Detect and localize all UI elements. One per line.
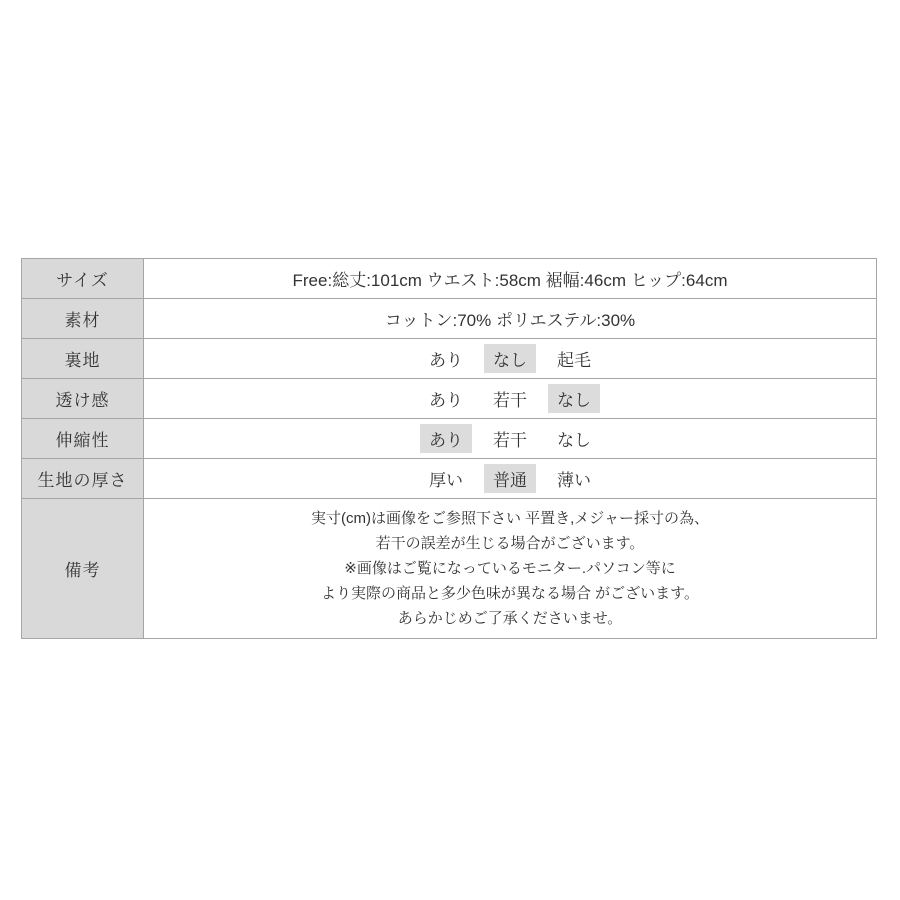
table-row: 生地の厚さ厚い普通薄い (22, 458, 876, 498)
option: あり (420, 344, 472, 373)
remarks-line: より実際の商品と多少色味が異なる場合 がございます。 (321, 581, 699, 606)
page: サイズFree:総丈:101cm ウエスト:58cm 裾幅:46cm ヒップ:6… (0, 0, 900, 900)
remarks-text-block: 実寸(cm)は画像をご参照下さい 平置き,メジャー採寸の為、若干の誤差が生じる場… (144, 506, 876, 631)
option: 薄い (548, 464, 600, 493)
row-header-label: 裏地 (22, 339, 144, 378)
row-value-cell: 厚い普通薄い (144, 459, 876, 498)
table-row: サイズFree:総丈:101cm ウエスト:58cm 裾幅:46cm ヒップ:6… (22, 259, 876, 298)
table-row: 裏地ありなし起毛 (22, 338, 876, 378)
option: 厚い (420, 464, 472, 493)
remarks-line: あらかじめご了承くださいませ。 (398, 606, 623, 631)
option: 若干 (484, 384, 536, 413)
table-row: 素材コットン:70% ポリエステル:30% (22, 298, 876, 338)
option-group: あり若干なし (420, 384, 600, 413)
remarks-line: ※画像はご覧になっているモニター.パソコン等に (344, 556, 675, 581)
option: あり (420, 384, 472, 413)
option-group: あり若干なし (420, 424, 600, 453)
row-header-label: 生地の厚さ (22, 459, 144, 498)
option-group: ありなし起毛 (420, 344, 600, 373)
spec-value-text: コットン:70% ポリエステル:30% (385, 306, 635, 331)
option: 若干 (484, 424, 536, 453)
row-header-label: 備考 (22, 499, 144, 638)
remarks-line: 若干の誤差が生じる場合がございます。 (376, 531, 645, 556)
option: 起毛 (548, 344, 600, 373)
row-header-label: 伸縮性 (22, 419, 144, 458)
option-selected: なし (484, 344, 536, 373)
row-header-label: サイズ (22, 259, 144, 298)
product-spec-table: サイズFree:総丈:101cm ウエスト:58cm 裾幅:46cm ヒップ:6… (21, 258, 877, 639)
row-header-label: 素材 (22, 299, 144, 338)
option-selected: なし (548, 384, 600, 413)
row-value-cell: あり若干なし (144, 419, 876, 458)
row-value-cell: 実寸(cm)は画像をご参照下さい 平置き,メジャー採寸の為、若干の誤差が生じる場… (144, 499, 876, 638)
row-value-cell: Free:総丈:101cm ウエスト:58cm 裾幅:46cm ヒップ:64cm (144, 259, 876, 298)
table-row: 透け感あり若干なし (22, 378, 876, 418)
option: なし (548, 424, 600, 453)
row-header-label: 透け感 (22, 379, 144, 418)
table-row: 備考実寸(cm)は画像をご参照下さい 平置き,メジャー採寸の為、若干の誤差が生じ… (22, 498, 876, 638)
option-group: 厚い普通薄い (420, 464, 600, 493)
row-value-cell: ありなし起毛 (144, 339, 876, 378)
table-row: 伸縮性あり若干なし (22, 418, 876, 458)
option-selected: あり (420, 424, 472, 453)
remarks-line: 実寸(cm)は画像をご参照下さい 平置き,メジャー採寸の為、 (311, 506, 709, 531)
row-value-cell: あり若干なし (144, 379, 876, 418)
spec-value-text: Free:総丈:101cm ウエスト:58cm 裾幅:46cm ヒップ:64cm (293, 266, 728, 291)
option-selected: 普通 (484, 464, 536, 493)
row-value-cell: コットン:70% ポリエステル:30% (144, 299, 876, 338)
